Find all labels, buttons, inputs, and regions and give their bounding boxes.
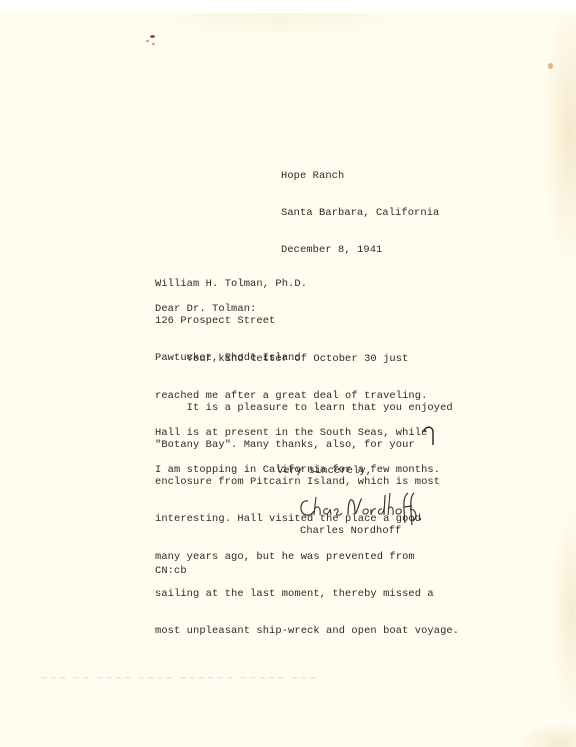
faint-bleed-through-writing: ~~~ ~~ ~~~~ ~~~~ ~~~~~~ ~~~~~ ~~~ — [40, 673, 318, 684]
body-line: It is a pleasure to learn that you enjoy… — [155, 402, 459, 414]
ink-speck — [152, 43, 155, 45]
body-line: "Botany Bay". Many thanks, also, for you… — [155, 439, 459, 451]
handwritten-bracket-mark — [422, 424, 436, 446]
body-line: most unpleasant ship-wreck and open boat… — [155, 625, 459, 637]
salutation: Dear Dr. Tolman: — [155, 303, 256, 315]
ink-speck — [150, 35, 155, 38]
sender-line: Hope Ranch — [281, 170, 439, 182]
handwritten-signature — [296, 489, 426, 529]
ink-speck — [146, 40, 149, 42]
recipient-line: 126 Prospect Street — [155, 315, 307, 327]
recipient-line: William H. Tolman, Ph.D. — [155, 278, 307, 290]
sender-line: Santa Barbara, California — [281, 207, 439, 219]
body-line: Your kind letter of October 30 just — [155, 353, 440, 365]
letter-paper: Hope Ranch Santa Barbara, California Dec… — [0, 13, 576, 747]
closing: Very sincerely, — [277, 465, 372, 477]
typed-name: Charles Nordhoff — [300, 525, 401, 537]
body-line: many years ago, but he was prevented fro… — [155, 551, 459, 563]
body-line: enclosure from Pitcairn Island, which is… — [155, 476, 459, 488]
body-line: sailing at the last moment, thereby miss… — [155, 588, 459, 600]
stain-spot — [548, 63, 553, 69]
typist-initials: CN:cb — [155, 565, 187, 577]
